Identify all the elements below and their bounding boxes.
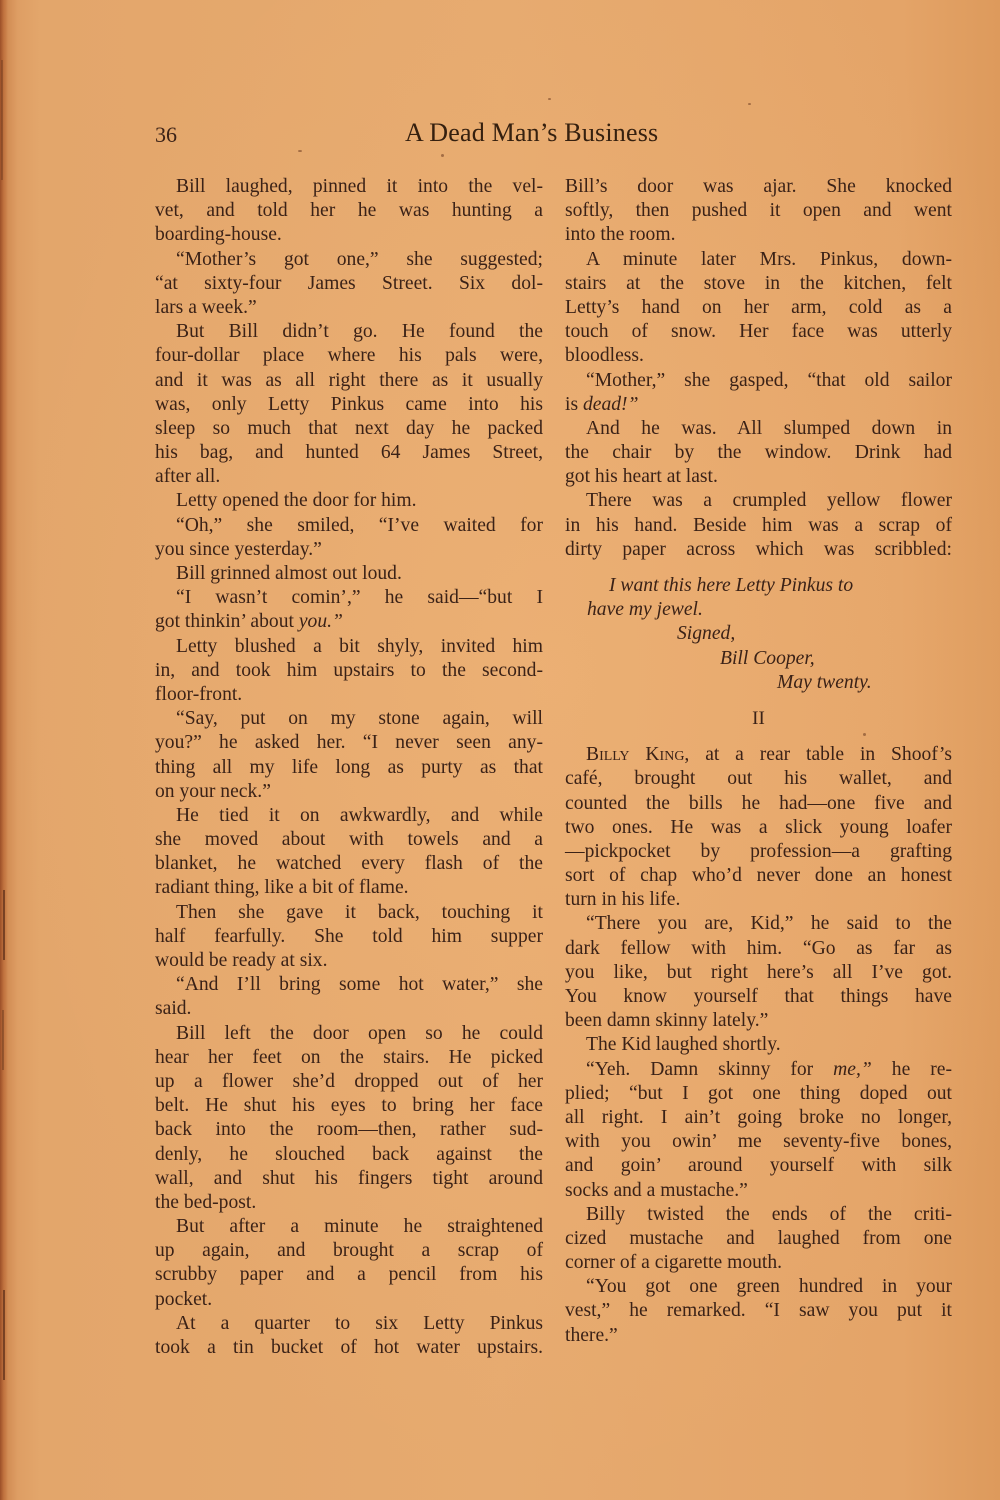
- text-line: “Say, put on my stone again, will: [155, 707, 543, 731]
- text-line: she moved about with towels and a: [155, 828, 543, 852]
- text-line: floor-front.: [155, 683, 543, 707]
- text-line: Letty’s hand on her arm, cold as a: [565, 296, 952, 320]
- text-line: two ones. He was a slick young loafer: [565, 816, 952, 840]
- text-line: dirty paper across which was scribbled:: [565, 538, 952, 562]
- text-line: denly, he slouched back against the: [155, 1143, 543, 1167]
- text-fragment: he re-: [872, 1059, 952, 1080]
- text-line: said.: [155, 997, 543, 1021]
- text-line: thing all my life long as purty as that: [155, 756, 543, 780]
- text-line: dark fellow with him. “Go as far as: [565, 937, 952, 961]
- text-line: turn in his life.: [565, 888, 952, 912]
- text-line: blanket, he watched every flash of the: [155, 852, 543, 876]
- text-fragment: is: [565, 394, 583, 415]
- running-title: A Dead Man’s Business: [405, 118, 658, 148]
- text-line: pocket.: [155, 1288, 543, 1312]
- text-line: He tied it on awkwardly, and while: [155, 804, 543, 828]
- text-line: corner of a cigarette mouth.: [565, 1251, 952, 1275]
- text-line: vest,” he remarked. “I saw you put it: [565, 1299, 952, 1323]
- text-line: At a quarter to six Letty Pinkus: [155, 1312, 543, 1336]
- text-line: with you owin’ me seventy-five bones,: [565, 1130, 952, 1154]
- page-spine-edge: [0, 0, 8, 1500]
- text-line: half fearfully. She told him supper: [155, 925, 543, 949]
- text-fragment: got thinkin’ about: [155, 611, 299, 632]
- text-line: touch of snow. Her face was utterly: [565, 320, 952, 344]
- text-line: up again, and brought a scrap of: [155, 1239, 543, 1263]
- text-line-with-smallcaps: Billy King, at a rear table in Shoof’s: [565, 743, 952, 767]
- text-line-with-italic: “Yeh. Damn skinny for me,” he re-: [565, 1058, 952, 1082]
- text-line: wall, and shut his fingers tight around: [155, 1167, 543, 1191]
- text-line: the chair by the window. Drink had: [565, 441, 952, 465]
- text-line: all right. I ain’t going broke no longer…: [565, 1106, 952, 1130]
- running-header: 36 A Dead Man’s Business: [0, 118, 1000, 154]
- text-line: Then she gave it back, touching it: [155, 901, 543, 925]
- text-fragment: “Yeh. Damn skinny for: [586, 1059, 833, 1080]
- text-line: “You got one green hundred in your: [565, 1275, 952, 1299]
- book-page: 36 A Dead Man’s Business Bill laughed, p…: [0, 0, 1000, 1500]
- text-line: plied; “but I got one thing doped out: [565, 1082, 952, 1106]
- text-line: Bill grinned almost out loud.: [155, 562, 543, 586]
- text-line: cized mustache and laughed from one: [565, 1227, 952, 1251]
- text-line: you like, but right here’s all I’ve got.: [565, 961, 952, 985]
- text-line: the bed-post.: [155, 1191, 543, 1215]
- text-line: “at sixty-four James Street. Six dol-: [155, 272, 543, 296]
- text-line: A minute later Mrs. Pinkus, down-: [565, 248, 952, 272]
- text-line: sleep so much that next day he packed: [155, 417, 543, 441]
- page-number: 36: [155, 122, 177, 148]
- text-line: “I wasn’t comin’,” he said—“but I: [155, 586, 543, 610]
- text-line: —pickpocket by profession—a grafting: [565, 840, 952, 864]
- text-line: You know yourself that things have: [565, 985, 952, 1009]
- text-line: hear her feet on the stairs. He picked: [155, 1046, 543, 1070]
- text-line: you since yesterday.”: [155, 538, 543, 562]
- spine-mark: [3, 1290, 5, 1380]
- spine-mark: [3, 890, 5, 960]
- paper-speck: [548, 98, 551, 100]
- italic-fragment: you.”: [299, 611, 343, 632]
- note-signature-name: Bill Cooper,: [565, 647, 952, 671]
- paper-speck: [748, 103, 751, 105]
- text-line: you?” he asked her. “I never seen any-: [155, 731, 543, 755]
- italic-fragment: dead!”: [583, 394, 639, 415]
- text-line: “Mother,” she gasped, “that old sailor: [565, 369, 952, 393]
- text-line: his bag, and hunted 64 James Street,: [155, 441, 543, 465]
- note-line: have my jewel.: [565, 598, 952, 622]
- text-line: and goin’ around yourself with silk: [565, 1154, 952, 1178]
- text-line: Letty blushed a bit shyly, invited him: [155, 635, 543, 659]
- text-line: boarding-house.: [155, 223, 543, 247]
- text-line: Billy twisted the ends of the criti-: [565, 1203, 952, 1227]
- text-line: Letty opened the door for him.: [155, 489, 543, 513]
- text-line: café, brought out his wallet, and: [565, 767, 952, 791]
- text-line: been damn skinny lately.”: [565, 1009, 952, 1033]
- text-line: Bill left the door open so he could: [155, 1022, 543, 1046]
- text-line: there.”: [565, 1324, 952, 1348]
- text-line: scrubby paper and a pencil from his: [155, 1263, 543, 1287]
- text-line: “Mother’s got one,” she suggested;: [155, 248, 543, 272]
- text-line: back into the room—then, rather sud-: [155, 1118, 543, 1142]
- text-line-with-italic: got thinkin’ about you.”: [155, 610, 543, 634]
- section-number: II: [565, 707, 952, 731]
- text-line: belt. He shut his eyes to bring her face: [155, 1094, 543, 1118]
- spacer: [565, 562, 952, 574]
- text-line: in, and took him upstairs to the second-: [155, 659, 543, 683]
- text-line: would be ready at six.: [155, 949, 543, 973]
- text-line: But Bill didn’t go. He found the: [155, 320, 543, 344]
- text-line: radiant thing, like a bit of flame.: [155, 876, 543, 900]
- text-line: was, only Letty Pinkus came into his: [155, 393, 543, 417]
- note-line: I want this here Letty Pinkus to: [565, 574, 952, 598]
- text-line: lars a week.”: [155, 296, 543, 320]
- text-line: bloodless.: [565, 344, 952, 368]
- text-line-with-italic: is dead!”: [565, 393, 952, 417]
- paper-speck: [441, 154, 444, 157]
- text-line: socks and a mustache.”: [565, 1179, 952, 1203]
- text-fragment: at a rear table in Shoof’s: [705, 744, 952, 765]
- text-line: The Kid laughed shortly.: [565, 1033, 952, 1057]
- note-date: May twenty.: [565, 671, 952, 695]
- text-line: on your neck.”: [155, 780, 543, 804]
- text-line: counted the bills he had—one five and: [565, 792, 952, 816]
- text-line: “And I’ll bring some hot water,” she: [155, 973, 543, 997]
- text-line: four-dollar place where his pals were,: [155, 344, 543, 368]
- text-line: and it was as all right there as it usua…: [155, 369, 543, 393]
- character-name: Billy King,: [586, 744, 689, 765]
- text-line: up a flower she’d dropped out of her: [155, 1070, 543, 1094]
- right-text-column: Bill’s door was ajar. She knocked softly…: [565, 175, 952, 1348]
- spacer: [565, 731, 952, 743]
- text-line: took a tin bucket of hot water upstairs.: [155, 1336, 543, 1360]
- text-line: got his heart at last.: [565, 465, 952, 489]
- text-line: stairs at the stove in the kitchen, felt: [565, 272, 952, 296]
- spacer: [565, 695, 952, 707]
- text-line: vet, and told her he was hunting a: [155, 199, 543, 223]
- text-line: And he was. All slumped down in: [565, 417, 952, 441]
- text-line: Bill laughed, pinned it into the vel-: [155, 175, 543, 199]
- text-line: after all.: [155, 465, 543, 489]
- text-line: softly, then pushed it open and went: [565, 199, 952, 223]
- italic-fragment: me,”: [833, 1059, 872, 1080]
- scribbled-note: I want this here Letty Pinkus to have my…: [565, 574, 952, 695]
- left-text-column: Bill laughed, pinned it into the vel- ve…: [155, 175, 543, 1360]
- text-line: “There you are, Kid,” he said to the: [565, 912, 952, 936]
- text-line: There was a crumpled yellow flower: [565, 489, 952, 513]
- text-line: But after a minute he straightened: [155, 1215, 543, 1239]
- note-signed: Signed,: [565, 622, 952, 646]
- text-line: in his hand. Beside him was a scrap of: [565, 514, 952, 538]
- text-line: into the room.: [565, 223, 952, 247]
- text-line: Bill’s door was ajar. She knocked: [565, 175, 952, 199]
- text-line: sort of chap who’d never done an honest: [565, 864, 952, 888]
- spine-mark: [2, 1010, 4, 1070]
- text-line: “Oh,” she smiled, “I’ve waited for: [155, 514, 543, 538]
